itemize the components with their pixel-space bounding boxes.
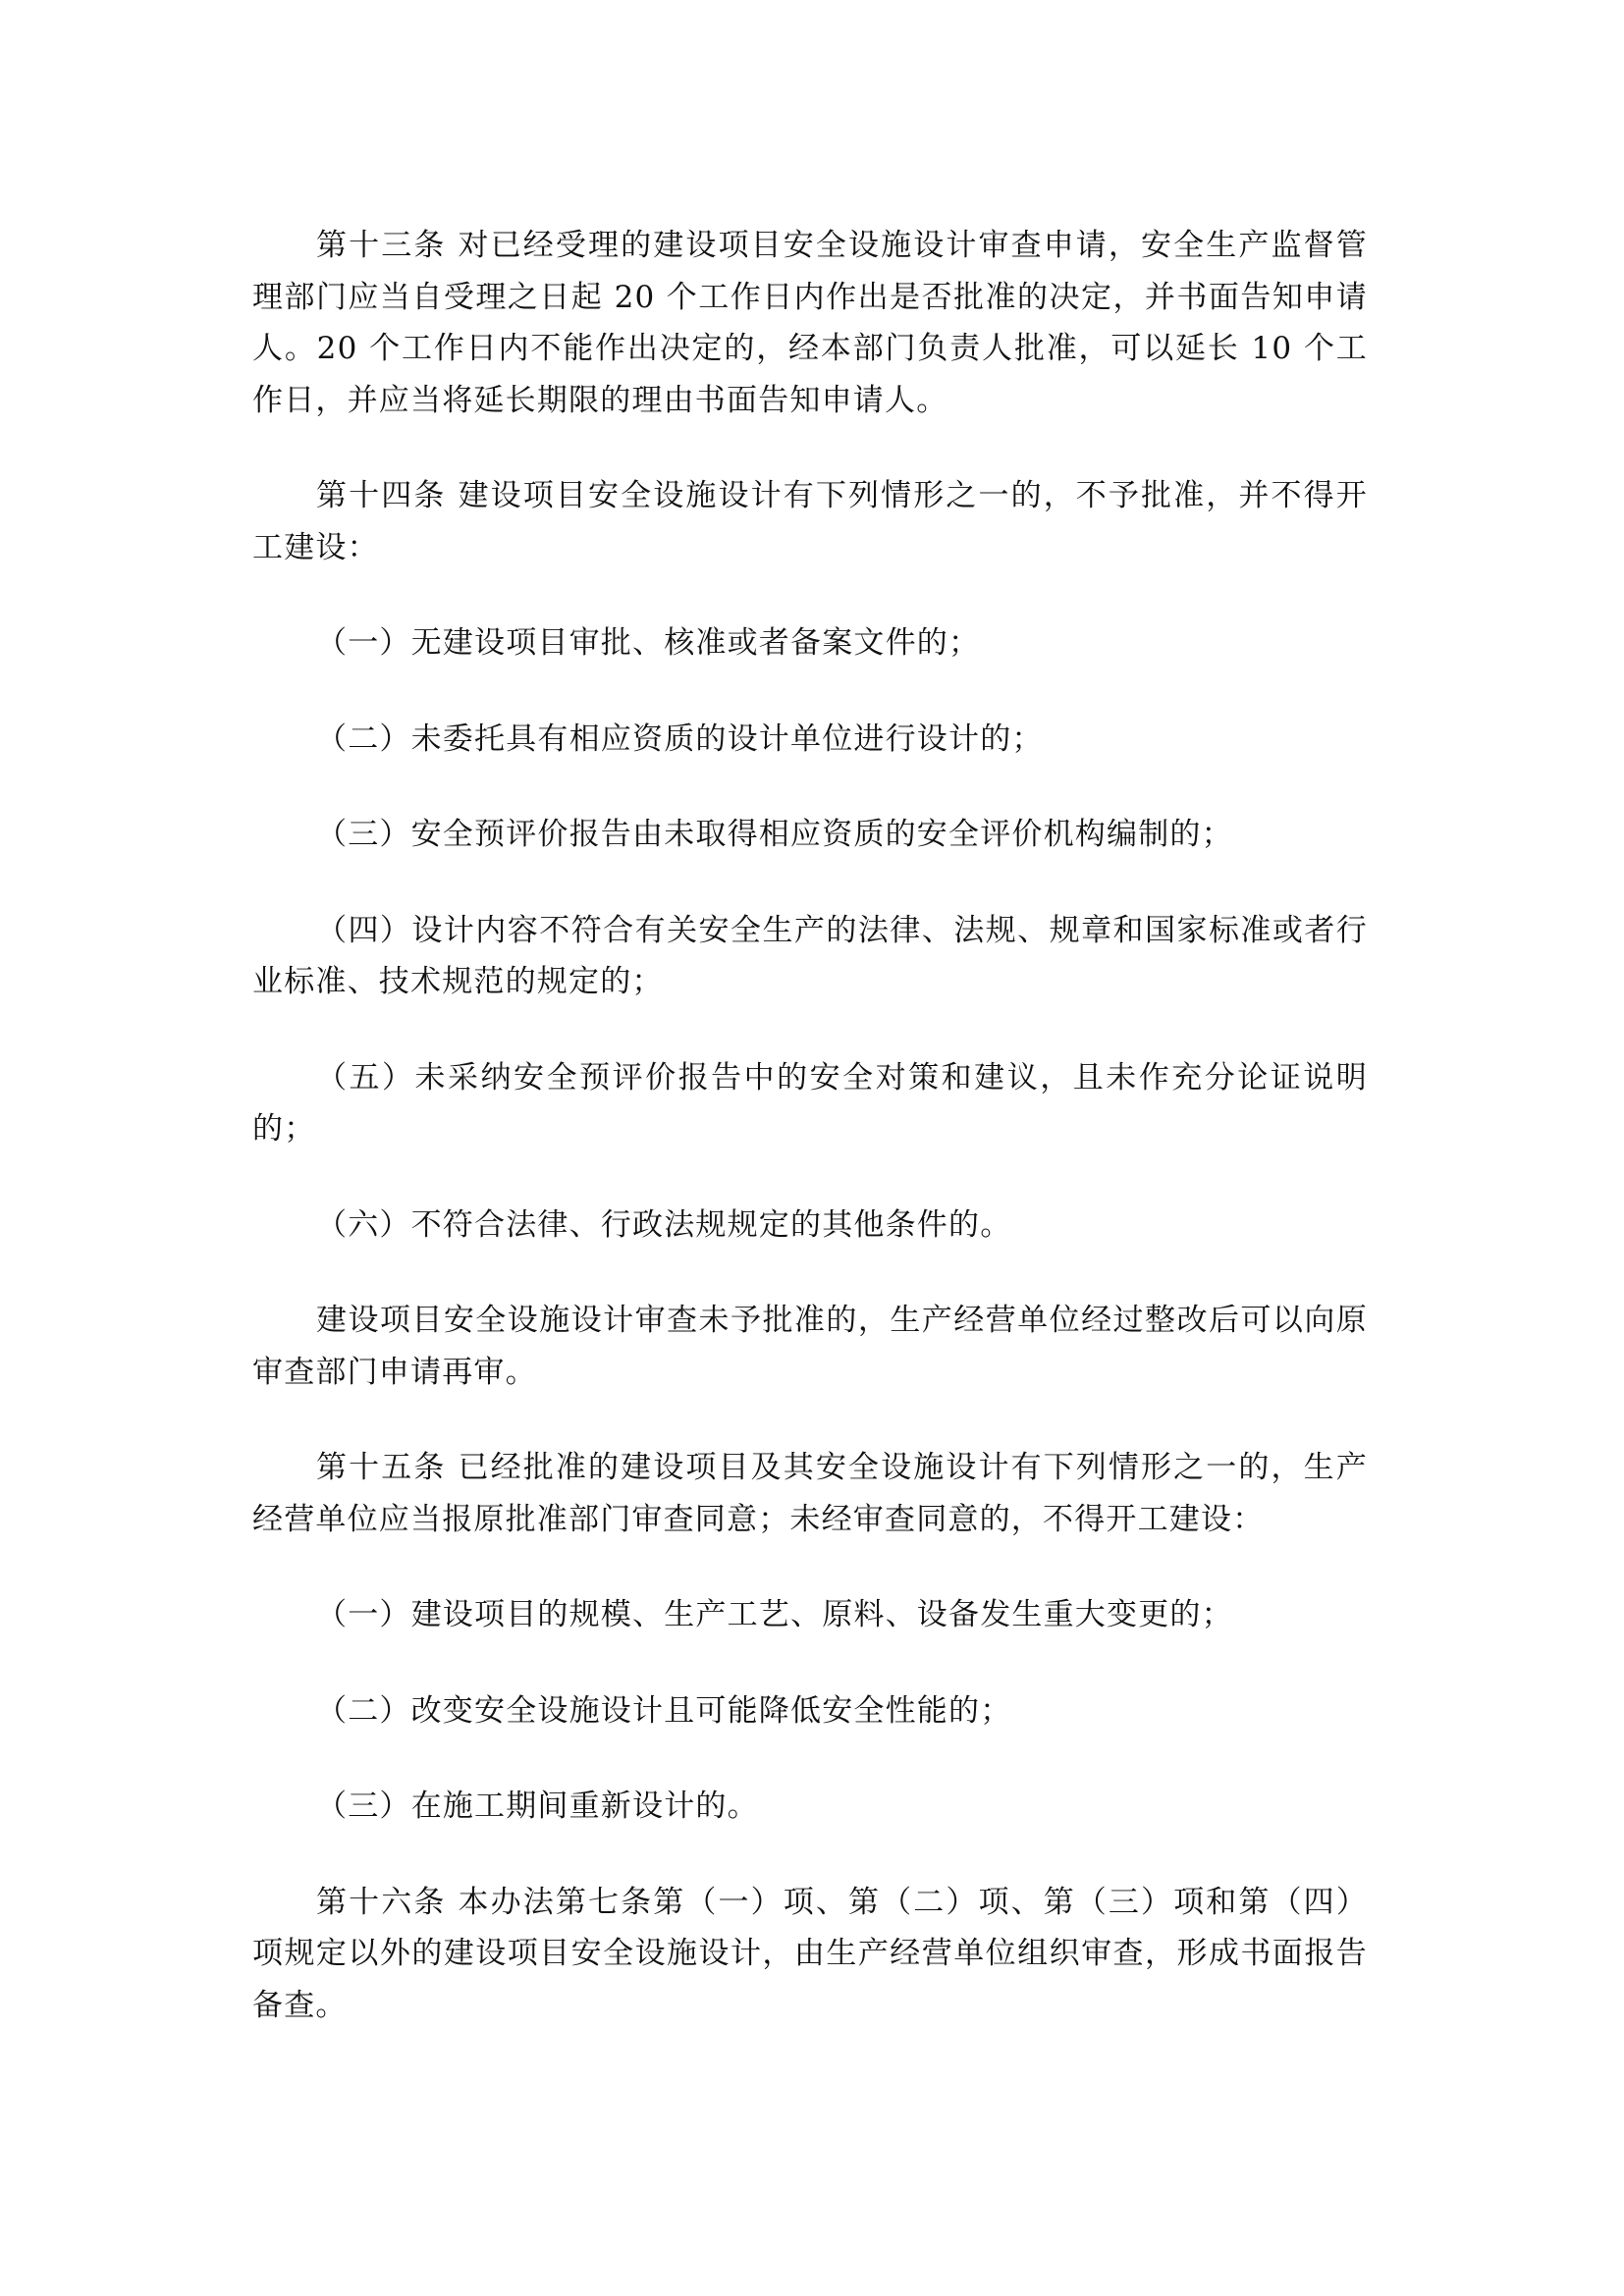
document-page: 第十三条 对已经受理的建设项目安全设施设计审查申请，安全生产监督管理部门应当自受… bbox=[0, 0, 1624, 2296]
article-14-item-5: （五）未采纳安全预评价报告中的安全对策和建议，且未作充分论证说明的； bbox=[252, 1052, 1368, 1155]
article-14-item-1: （一）无建设项目审批、核准或者备案文件的； bbox=[252, 617, 1368, 669]
article-14-item-2: （二）未委托具有相应资质的设计单位进行设计的； bbox=[252, 714, 1368, 766]
article-14-item-3: （三）安全预评价报告由未取得相应资质的安全评价机构编制的； bbox=[252, 809, 1368, 861]
article-15-item-2: （二）改变安全设施设计且可能降低安全性能的； bbox=[252, 1685, 1368, 1737]
article-14: 第十四条 建设项目安全设施设计有下列情形之一的，不予批准，并不得开工建设： bbox=[252, 470, 1368, 573]
article-14-item-4: （四）设计内容不符合有关安全生产的法律、法规、规章和国家标准或者行业标准、技术规… bbox=[252, 905, 1368, 1008]
article-14-resubmission-note: 建设项目安全设施设计审查未予批准的，生产经营单位经过整改后可以向原审查部门申请再… bbox=[252, 1295, 1368, 1398]
article-13: 第十三条 对已经受理的建设项目安全设施设计审查申请，安全生产监督管理部门应当自受… bbox=[252, 220, 1368, 426]
document-body: 第十三条 对已经受理的建设项目安全设施设计审查申请，安全生产监督管理部门应当自受… bbox=[252, 220, 1368, 2075]
article-15-item-1: （一）建设项目的规模、生产工艺、原料、设备发生重大变更的； bbox=[252, 1589, 1368, 1641]
article-15: 第十五条 已经批准的建设项目及其安全设施设计有下列情形之一的，生产经营单位应当报… bbox=[252, 1442, 1368, 1545]
article-15-item-3: （三）在施工期间重新设计的。 bbox=[252, 1781, 1368, 1833]
article-14-item-6: （六）不符合法律、行政法规规定的其他条件的。 bbox=[252, 1200, 1368, 1252]
article-16: 第十六条 本办法第七条第（一）项、第（二）项、第（三）项和第（四）项规定以外的建… bbox=[252, 1877, 1368, 2032]
